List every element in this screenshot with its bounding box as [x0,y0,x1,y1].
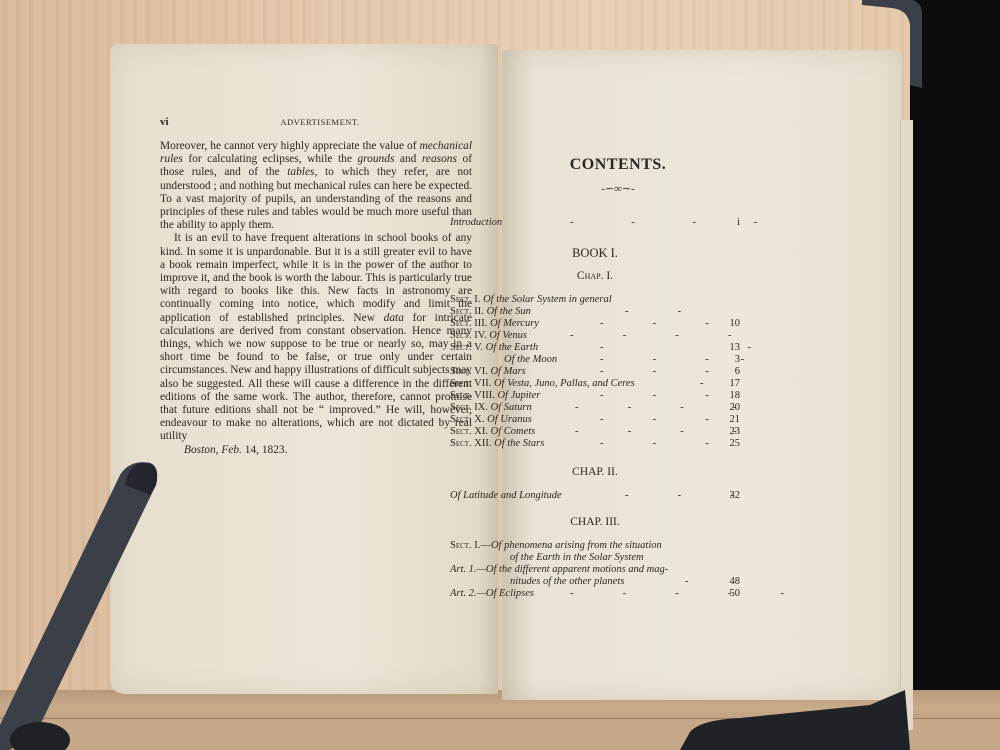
toc-page: 20 [730,402,741,413]
toc-title: Of the Solar System in general [483,294,612,305]
toc-prefix: Sect. VIII. [450,390,495,401]
text-segment: It is an evil to have frequent alteratio… [160,232,472,323]
leader-dots: - - - - [575,402,742,413]
italic-segment: grounds [357,153,394,165]
toc-title: Of Saturn [491,402,532,413]
toc-title: Of Venus [489,330,527,341]
toc-title: Of phenomena arising from the situation [491,540,662,551]
toc-prefix: Art. 1.— [450,564,486,575]
page-edges [900,120,913,730]
leader-dots: - - - - [575,426,742,437]
signature-date: 14, 1823. [242,444,288,456]
toc-title: Of Uranus [487,414,532,425]
toc-page: 17 [730,378,741,389]
toc-prefix: Sect. II. [450,306,484,317]
page-holder-bottom-icon [680,690,910,750]
toc-prefix: Art. 2.— [450,588,486,599]
toc-page: 23 [730,426,741,437]
toc-page: 32 [730,490,741,501]
page-holder-top-icon [862,0,922,90]
leader-dots: - - - [600,414,715,425]
toc-title: Of Vesta, Juno, Pallas, and Ceres [494,378,635,389]
dark-background [910,0,1000,750]
leader-dots: - [700,378,710,389]
running-title: ADVERTISEMENT. [160,117,480,127]
toc-page: 6 [735,366,740,377]
signature-place: Boston, Feb. [184,444,242,456]
toc-page: 13 [730,342,741,353]
paragraph-1: Moreover, he cannot very highly apprecia… [160,140,472,232]
toc-title: Of the different apparent motions and ma… [486,564,668,575]
page-holder-arm-icon [0,455,170,750]
toc-prefix: Sect. III. [450,318,487,329]
ornament-divider: -∽∞∼- [498,182,738,195]
toc-title: Of Latitude and Longitude [450,490,562,501]
toc-prefix: Sect. X. [450,414,485,425]
toc-page: 25 [730,438,741,449]
signature-line: Boston, Feb. 14, 1823. [184,444,472,457]
text-segment: for calculating eclipses, while the [183,153,358,165]
italic-segment: tables [287,166,314,178]
toc-title-cont: of the Earth in the Solar System [510,552,644,563]
toc-row: Sect. XII. Of the Stars- - -25 [450,438,740,451]
italic-segment: reasons [422,153,457,165]
toc-prefix: Sect. XII. [450,438,492,449]
toc-title: Of the Earth [486,342,539,353]
toc-prefix: Sect. IX. [450,402,488,413]
chapter-heading-1: Chap. I. [450,270,740,282]
toc-page: i [737,217,740,228]
toc-page: 50 [730,588,741,599]
leader-dots: - - - [600,318,715,329]
italic-segment: data [384,312,404,324]
toc-title: Of Mars [490,366,525,377]
leader-dots: - [685,576,695,587]
toc-prefix: Sect. IV. [450,330,487,341]
leader-dots: - - - - [570,330,737,341]
advertisement-text: Moreover, he cannot very highly apprecia… [160,140,472,457]
toc-label: Introduction [450,217,502,228]
text-segment: and [394,153,422,165]
toc-prefix: Sect. V. [450,342,483,353]
toc-prefix: Sect. XI. [450,426,488,437]
leader-dots: - - - - - [570,588,790,599]
toc-row: Art. 2.—Of Eclipses- - - - -50 [450,588,740,601]
toc-page: 10 [730,318,741,329]
leader-dots: - - - [600,438,715,449]
toc-title: Of the Sun [487,306,531,317]
leader-dots: - - - - [600,354,750,365]
toc-title: Of the Moon [504,354,557,365]
leader-dots: - - - - [570,217,763,228]
book-heading: BOOK I. [450,246,740,261]
chapter-heading-2: CHAP. II. [450,466,740,478]
toc-page: 3 [735,354,740,365]
toc-prefix: Sect. VII. [450,378,491,389]
toc-title-cont: nitudes of the other planets [510,576,624,587]
toc-title: Of Comets [491,426,536,437]
text-segment: Moreover, he cannot very highly apprecia… [160,140,419,152]
leader-dots: - - - [625,490,740,501]
leader-dots: - - - [600,366,715,377]
leader-dots: - - [625,306,687,317]
toc-row: Of Latitude and Longitude- - -32 [450,490,740,503]
toc-prefix: Sect. I. [450,294,480,305]
toc-prefix: Sect. VI. [450,366,488,377]
toc-title: Of Eclipses [486,588,534,599]
toc-page: 18 [730,390,741,401]
text-segment: for intricate calculations are derived f… [160,312,472,443]
toc-page: 21 [730,414,741,425]
paragraph-2: It is an evil to have frequent alteratio… [160,232,472,443]
contents-title: CONTENTS. [498,156,738,174]
leader-dots: - - - [600,390,715,401]
toc-page: 48 [730,576,741,587]
toc-title: Of Mercury [490,318,539,329]
toc-prefix: Sect. I.— [450,540,491,551]
toc-title: Of the Stars [494,438,544,449]
toc-title: Of Jupiter [497,390,540,401]
toc-row-introduction: Introduction - - - - i [450,217,740,230]
chapter-heading-3: CHAP. III. [450,516,740,528]
